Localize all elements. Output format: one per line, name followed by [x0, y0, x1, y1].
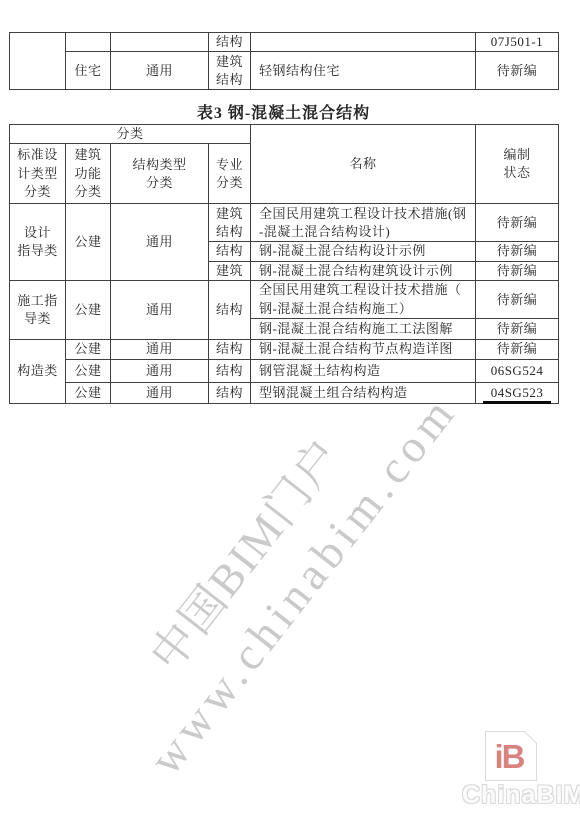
header-name: 名称 [251, 125, 476, 204]
cell-name: 型钢混凝土组合结构构造 [251, 382, 476, 403]
cell-structure-type: 通用 [111, 281, 209, 340]
cell-status: 待新编 [476, 319, 559, 340]
table-row: 结构 07J501-1 [10, 33, 559, 52]
cell-category: 构造类 [10, 340, 66, 403]
table-row: 公建 通用 结构 型钢混凝土组合结构构造 04SG523 [10, 382, 559, 403]
cell-major: 结构 [209, 382, 251, 403]
cell-structure-type: 通用 [111, 204, 209, 281]
empty-cell [111, 33, 209, 52]
top-table: 结构 07J501-1 住宅 通用 建筑 结构 轻钢结构住宅 待新编 [9, 32, 559, 90]
header-row: 分类 名称 编制 状态 [10, 125, 559, 144]
header-structure-type: 结构类型 分类 [111, 144, 209, 204]
cell-building-func: 住宅 [66, 52, 111, 90]
empty-cell [66, 33, 111, 52]
cell-building-func: 公建 [66, 340, 111, 359]
cell-status: 06SG524 [476, 359, 559, 382]
cell-name: 全国民用建筑工程设计技术措施（ 钢-混凝土混合结构施工） [251, 281, 476, 319]
main-table: 分类 名称 编制 状态 标准设 计类型 分类 建筑 功能 分类 结构类型 分类 … [9, 124, 559, 404]
table-row: 构造类 公建 通用 结构 钢-混凝土混合结构节点构造详图 待新编 [10, 340, 559, 359]
cell-name: 钢管混凝土结构构造 [251, 359, 476, 382]
header-group: 分类 [10, 125, 251, 144]
empty-cell [251, 33, 476, 52]
cell-major: 结构 [209, 359, 251, 382]
cell-structure-type: 通用 [111, 382, 209, 403]
cell-name: 钢-混凝土混合结构建筑设计示例 [251, 261, 476, 280]
empty-cell [10, 33, 66, 90]
cell-status: 待新编 [476, 242, 559, 261]
cell-major: 建筑 结构 [209, 204, 251, 242]
cell-building-func: 公建 [66, 204, 111, 281]
table-row: 设计 指导类 公建 通用 建筑 结构 全国民用建筑工程设计技术措施(钢 -混凝土… [10, 204, 559, 242]
cell-status: 07J501-1 [476, 33, 559, 52]
cell-name: 钢-混凝土混合结构设计示例 [251, 242, 476, 261]
cell-name: 轻钢结构住宅 [251, 52, 476, 90]
cell-major: 结构 [209, 340, 251, 359]
watermark-text-cn: 中国BIM门户 [131, 429, 348, 682]
cell-major: 结构 [209, 242, 251, 261]
status-underline [483, 401, 551, 404]
cell-major: 结构 [209, 33, 251, 52]
header-standard-type: 标准设 计类型 分类 [10, 144, 66, 204]
chinabim-logo-icon: iB [485, 731, 537, 781]
cell-building-func: 公建 [66, 359, 111, 382]
cell-status: 待新编 [476, 52, 559, 90]
cell-name: 钢-混凝土混合结构节点构造详图 [251, 340, 476, 359]
cell-status: 待新编 [476, 204, 559, 242]
cell-status: 待新编 [476, 340, 559, 359]
table-row: 施工指 导类 公建 通用 结构 全国民用建筑工程设计技术措施（ 钢-混凝土混合结… [10, 281, 559, 319]
cell-status: 待新编 [476, 261, 559, 280]
cell-status: 待新编 [476, 281, 559, 319]
table-row: 住宅 通用 建筑 结构 轻钢结构住宅 待新编 [10, 52, 559, 90]
cell-structure-type: 通用 [111, 340, 209, 359]
table-title: 表3 钢-混凝土混合结构 [9, 100, 558, 123]
cell-major: 结构 [209, 281, 251, 340]
document-page: 结构 07J501-1 住宅 通用 建筑 结构 轻钢结构住宅 待新编 表3 钢-… [0, 0, 580, 820]
watermark-text-url: www.chinabim.com [128, 371, 478, 798]
cell-structure-type: 通用 [111, 359, 209, 382]
cell-category: 施工指 导类 [10, 281, 66, 340]
table-row: 公建 通用 结构 钢管混凝土结构构造 06SG524 [10, 359, 559, 382]
header-building-func: 建筑 功能 分类 [66, 144, 111, 204]
chinabim-logo-tile: iB [486, 732, 536, 780]
cell-name: 钢-混凝土混合结构施工工法图解 [251, 319, 476, 340]
header-major: 专业 分类 [209, 144, 251, 204]
cell-category: 设计 指导类 [10, 204, 66, 281]
cell-structure-type: 通用 [111, 52, 209, 90]
chinabim-ib-mark: iB [495, 740, 528, 773]
cell-building-func: 公建 [66, 281, 111, 340]
cell-name: 全国民用建筑工程设计技术措施(钢 -混凝土混合结构设计) [251, 204, 476, 242]
header-status: 编制 状态 [476, 125, 559, 204]
cell-building-func: 公建 [66, 382, 111, 403]
cell-major: 建筑 结构 [209, 52, 251, 90]
chinabim-brand-text: ChinaBIM [462, 781, 580, 810]
cell-major: 建筑 [209, 261, 251, 280]
